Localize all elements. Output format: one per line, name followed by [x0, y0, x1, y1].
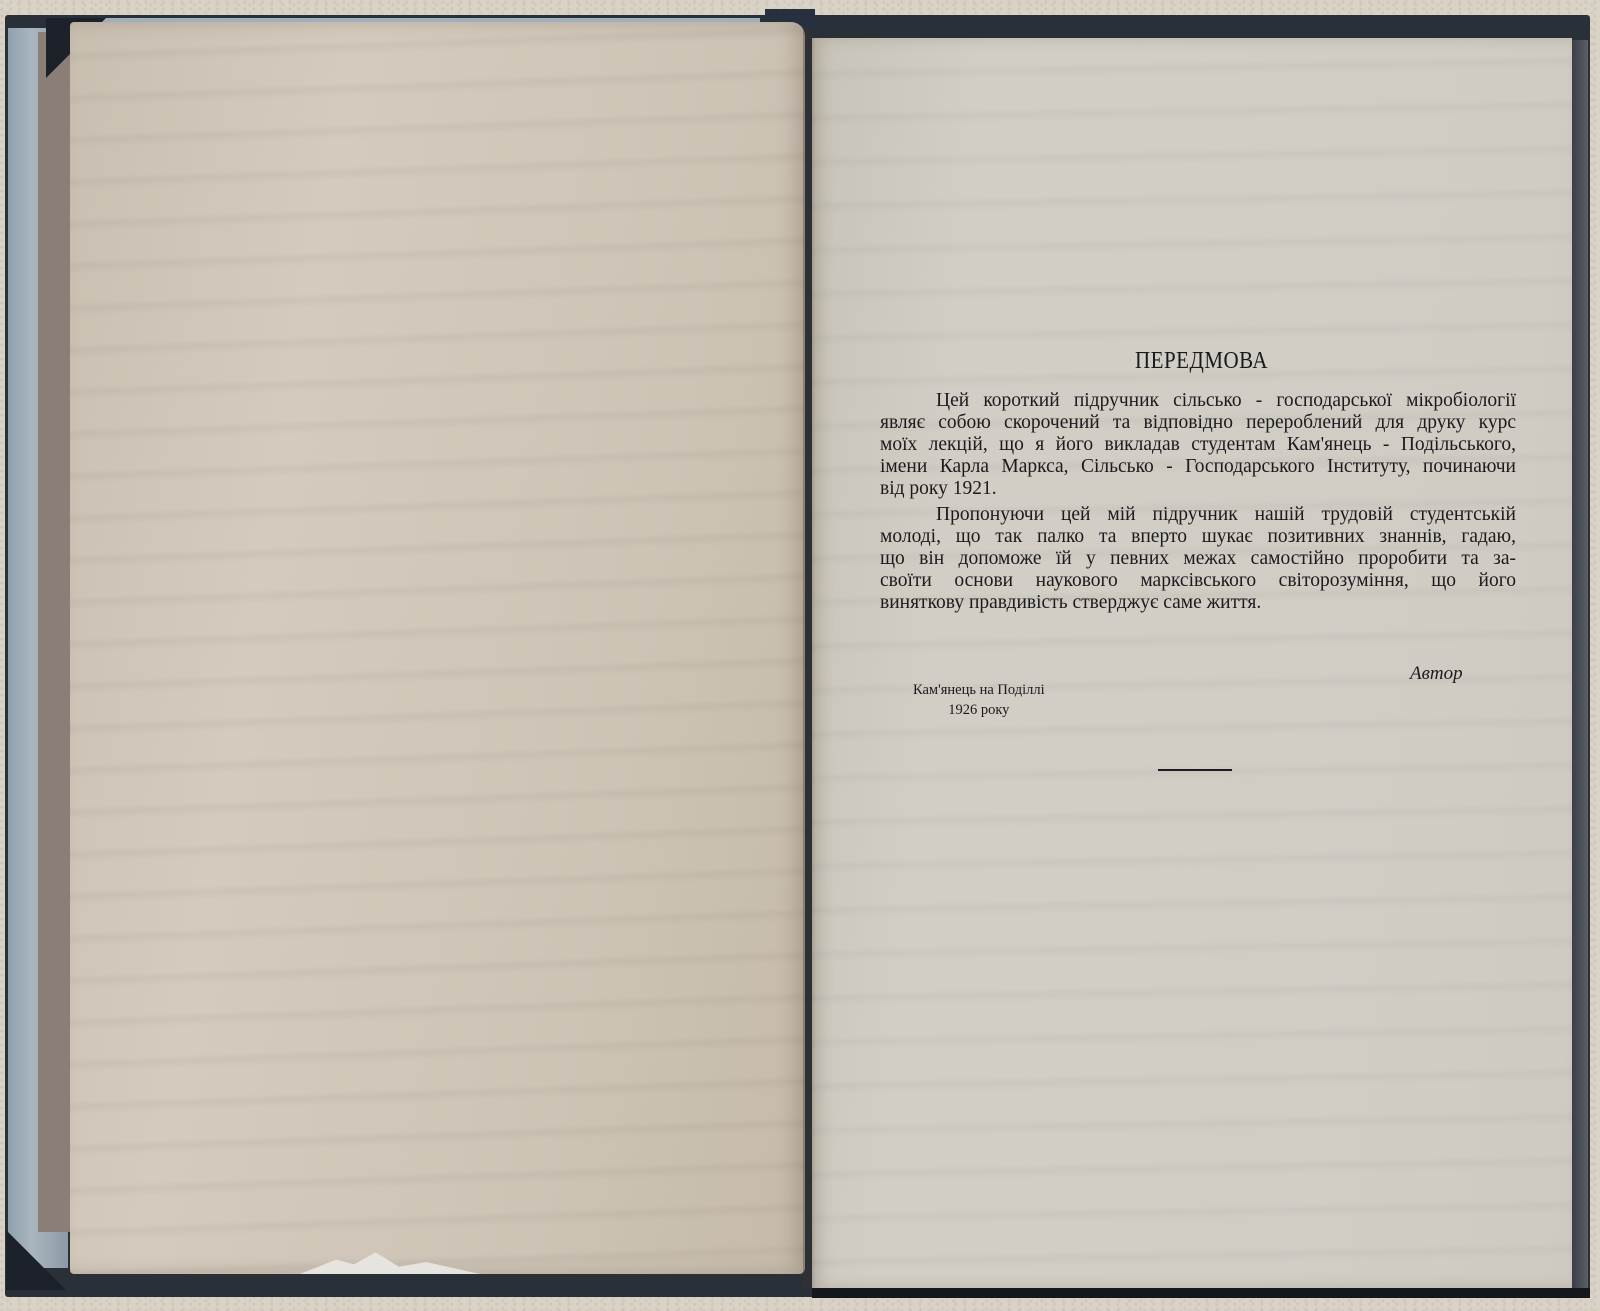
date-text: 1926 року: [913, 700, 1045, 720]
text-line: виняткову правдивість стверджує саме жит…: [880, 592, 1516, 614]
preface-paragraph-1: Цей короткий підручник сільсько - господ…: [880, 390, 1516, 500]
cover-bottom-edge: [812, 1288, 1590, 1298]
text-line: що він допоможе їй у певних межах самост…: [880, 548, 1516, 570]
text-line: Цей короткий підручник сільсько - господ…: [880, 390, 1516, 412]
book-gutter: [803, 26, 815, 1288]
place-date-block: Кам'янець на Поділлі 1926 року: [913, 680, 1045, 720]
text-line: Пропонуючи цей мій підручник нашій трудо…: [880, 504, 1516, 526]
text-line: молоді, що так палко та вперто шукає поз…: [880, 526, 1516, 548]
text-line: моїх лекцій, що я його викладав студента…: [880, 434, 1516, 456]
text-line: від року 1921.: [880, 478, 1516, 500]
author-signature: Автор: [1410, 663, 1463, 685]
place-text: Кам'янець на Поділлі: [913, 680, 1045, 700]
section-divider-rule: [1158, 769, 1232, 771]
text-line: своїти основи наукового марксівського св…: [880, 570, 1516, 592]
cover-right-edge: [1572, 40, 1588, 1290]
text-line: являє собою скорочений та відповідно пер…: [880, 412, 1516, 434]
left-page: [70, 22, 805, 1274]
text-line: імени Карла Маркса, Сільсько - Господарс…: [880, 456, 1516, 478]
preface-paragraph-2: Пропонуючи цей мій підручник нашій трудо…: [880, 504, 1516, 614]
page-heading: ПЕРЕДМОВА: [1135, 346, 1268, 375]
